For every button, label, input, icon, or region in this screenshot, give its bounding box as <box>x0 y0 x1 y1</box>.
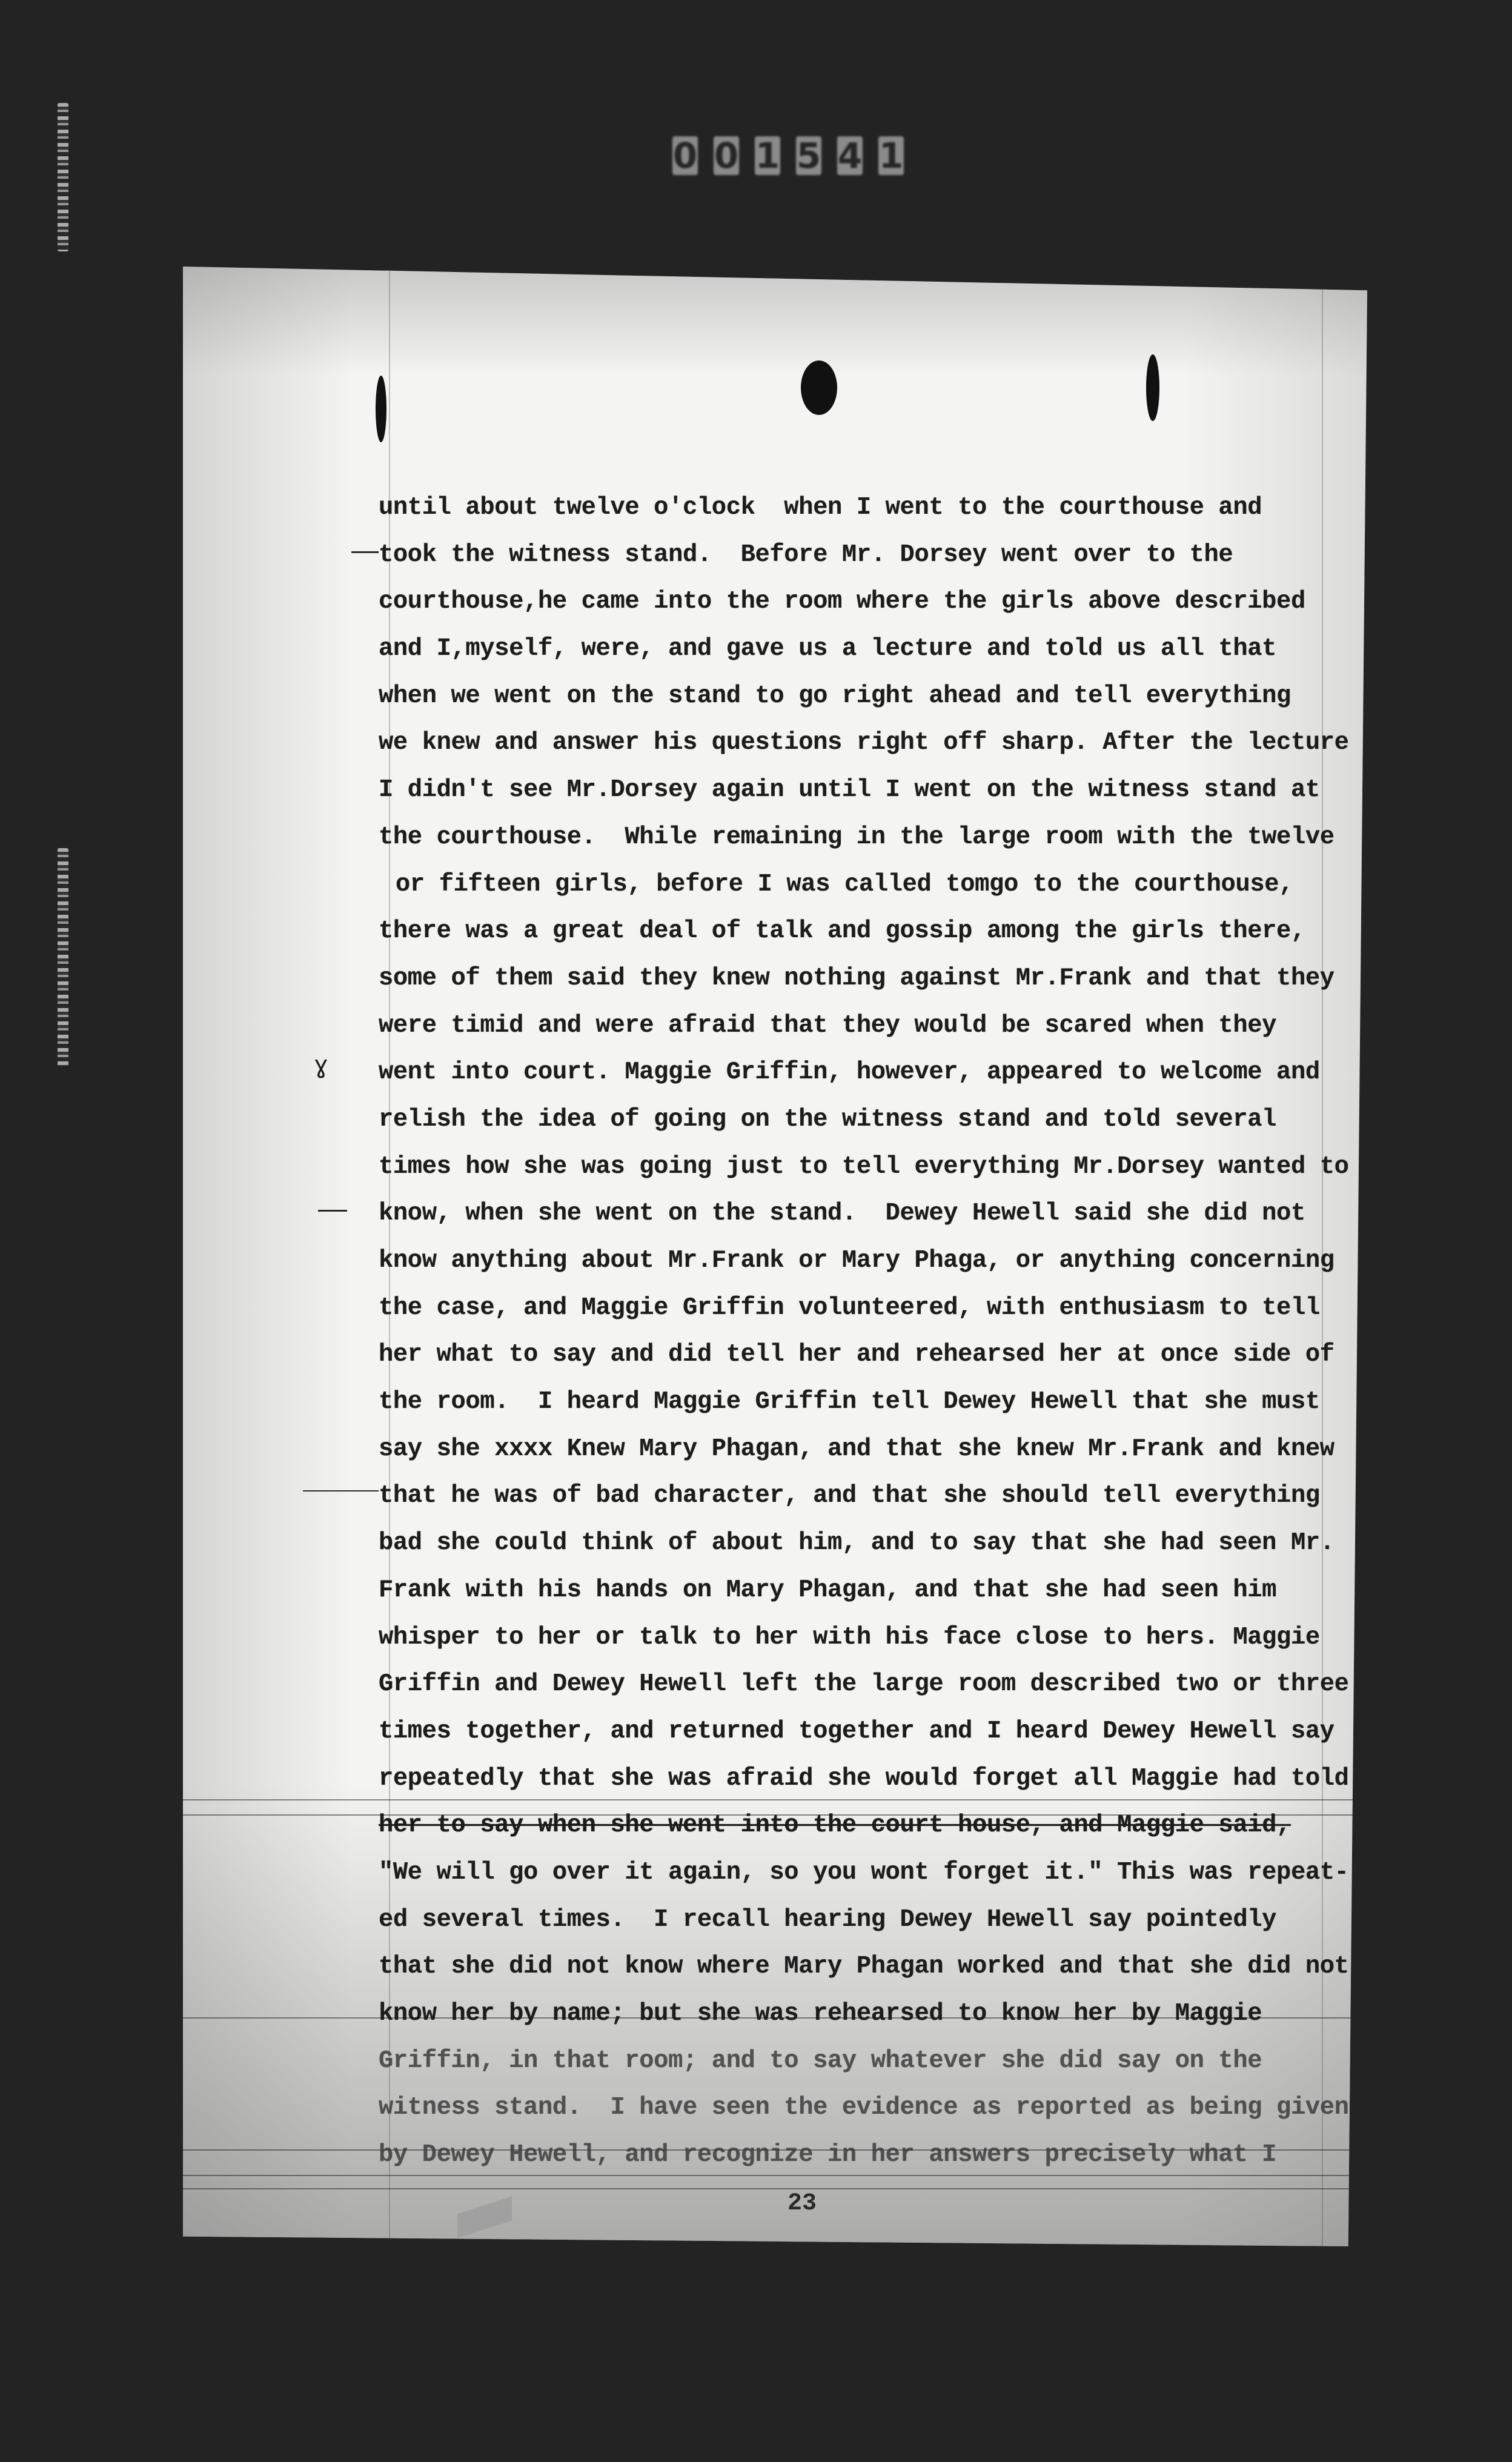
text-line: ed several times. I recall hearing Dewey… <box>379 1897 1324 1944</box>
text-line: that he was of bad character, and that s… <box>379 1473 1324 1520</box>
margin-dash <box>303 1490 379 1491</box>
stamp-digit: 1 <box>755 136 780 175</box>
stamp-digit: 4 <box>837 136 863 175</box>
punch-hole-mark <box>376 376 386 442</box>
film-edge-mark-middle <box>58 848 68 1066</box>
text-line: and I,myself, were, and gave us a lectur… <box>379 626 1324 673</box>
text-line: or fifteen girls, before I was called to… <box>379 861 1324 909</box>
text-line: bad she could think of about him, and to… <box>379 1520 1324 1567</box>
stamp-digit: 5 <box>796 136 821 175</box>
text-line: the courthouse. While remaining in the l… <box>379 814 1324 861</box>
stamp-digit: 0 <box>672 136 698 175</box>
text-line: I didn't see Mr.Dorsey again until I wen… <box>379 767 1324 814</box>
text-line: some of them said they knew nothing agai… <box>379 955 1324 1003</box>
text-line: times how she was going just to tell eve… <box>379 1144 1324 1191</box>
text-line: repeatedly that she was afraid she would… <box>379 1756 1324 1803</box>
text-line: know her by name; but she was rehearsed … <box>379 1991 1324 2038</box>
text-line: we knew and answer his questions right o… <box>379 720 1324 767</box>
frame-number-stamp: 0 0 1 5 4 1 <box>672 134 904 177</box>
text-line: know, when she went on the stand. Dewey … <box>379 1190 1324 1238</box>
text-line: her to say when she went into the court … <box>379 1802 1324 1850</box>
punch-hole-mark <box>801 360 837 415</box>
stamp-digit: 1 <box>878 136 904 175</box>
text-line: the case, and Maggie Griffin volunteered… <box>379 1285 1324 1332</box>
margin-check-mark: ɣ <box>314 1051 328 1079</box>
text-line: when we went on the stand to go right ah… <box>379 673 1324 720</box>
text-line: witness stand. I have seen the evidence … <box>379 2085 1324 2132</box>
text-line: times together, and returned together an… <box>379 1708 1324 1756</box>
text-line: courthouse,he came into the room where t… <box>379 579 1324 626</box>
document-body: until about twelve o'clock when I went t… <box>379 485 1324 2179</box>
text-line: Griffin, in that room; and to say whatev… <box>379 2038 1324 2085</box>
ruled-line <box>183 2188 1367 2189</box>
text-line: relish the idea of going on the witness … <box>379 1097 1324 1144</box>
text-line: Frank with his hands on Mary Phagan, and… <box>379 1567 1324 1614</box>
text-line: whisper to her or talk to her with his f… <box>379 1614 1324 1662</box>
text-line: by Dewey Hewell, and recognize in her an… <box>379 2132 1324 2179</box>
margin-dash <box>318 1210 347 1212</box>
text-line: there was a great deal of talk and gossi… <box>379 908 1324 955</box>
page-number: 23 <box>787 2190 817 2217</box>
text-line: the room. I heard Maggie Griffin tell De… <box>379 1379 1324 1426</box>
text-line: say she xxxx Knew Mary Phagan, and that … <box>379 1426 1324 1473</box>
punch-hole-mark <box>1146 354 1159 421</box>
text-line: until about twelve o'clock when I went t… <box>379 485 1324 532</box>
text-line: her what to say and did tell her and reh… <box>379 1332 1324 1379</box>
text-line: know anything about Mr.Frank or Mary Pha… <box>379 1238 1324 1285</box>
text-line: that she did not know where Mary Phagan … <box>379 1943 1324 1991</box>
text-line: "We will go over it again, so you wont f… <box>379 1850 1324 1897</box>
text-line: took the witness stand. Before Mr. Dorse… <box>379 532 1324 579</box>
text-line: were timid and were afraid that they wou… <box>379 1003 1324 1050</box>
text-line: went into court. Maggie Griffin, however… <box>379 1049 1324 1097</box>
margin-dash <box>351 551 379 553</box>
text-line: Griffin and Dewey Hewell left the large … <box>379 1661 1324 1708</box>
stamp-digit: 0 <box>714 136 739 175</box>
film-edge-mark-top <box>58 103 68 251</box>
